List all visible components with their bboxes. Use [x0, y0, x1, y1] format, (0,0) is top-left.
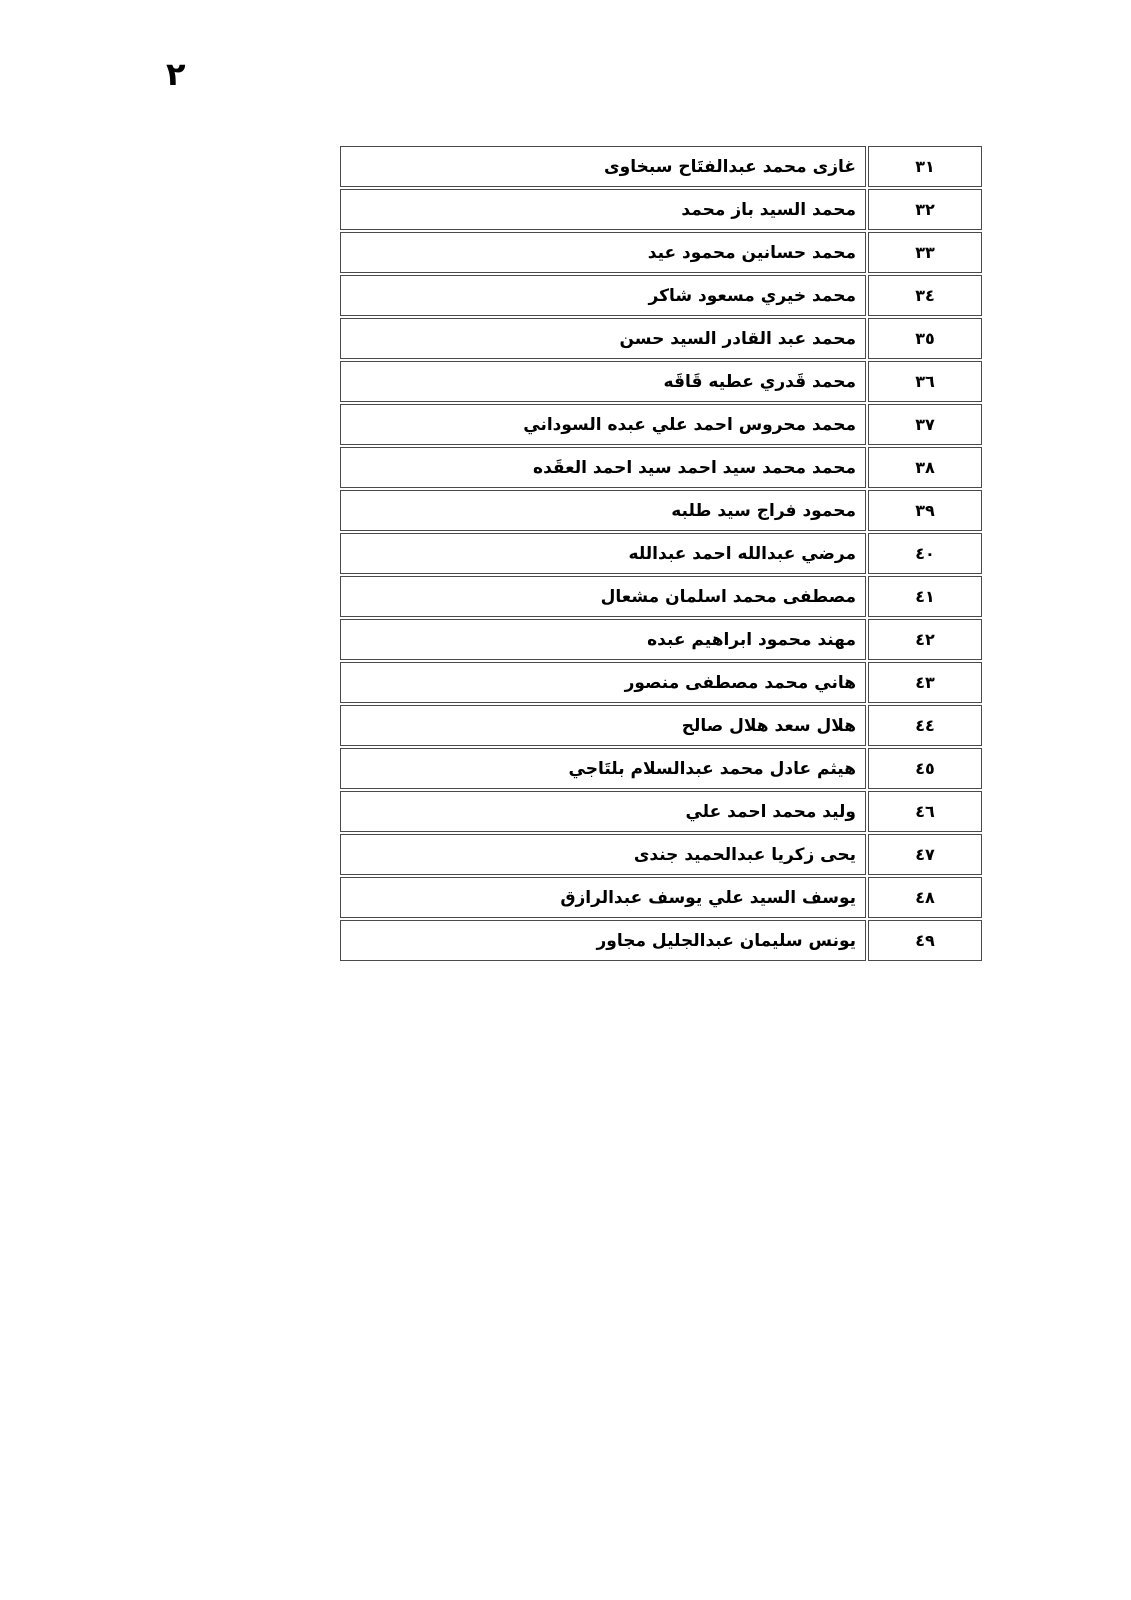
row-serial-number: ٤٧: [868, 834, 982, 875]
table-row: ٤٦ وليد محمد احمد علي: [340, 791, 982, 832]
table-row: ٣٩ محمود فراج سيد طلبه: [340, 490, 982, 531]
row-serial-number: ٣٢: [868, 189, 982, 230]
row-serial-number: ٤٦: [868, 791, 982, 832]
row-serial-number: ٤٤: [868, 705, 982, 746]
row-serial-number: ٤١: [868, 576, 982, 617]
row-full-name: يوسف السيد علي يوسف عبدالرازق: [340, 877, 866, 918]
table-row: ٣١ غازى محمد عبدالفتَاح سبخاوى: [340, 146, 982, 187]
row-serial-number: ٤٥: [868, 748, 982, 789]
row-full-name: محمد محروس احمد علي عبده السوداني: [340, 404, 866, 445]
row-full-name: مهند محمود ابراهيم عبده: [340, 619, 866, 660]
row-full-name: مصطفى محمد اسلمان مشعال: [340, 576, 866, 617]
row-full-name: مرضي عبدالله احمد عبدالله: [340, 533, 866, 574]
table-row: ٤١ مصطفى محمد اسلمان مشعال: [340, 576, 982, 617]
table-row: ٤٠ مرضي عبدالله احمد عبدالله: [340, 533, 982, 574]
row-full-name: محمد خيري مسعود شاكر: [340, 275, 866, 316]
table-row: ٤٧ يحى زكريا عبدالحميد جندى: [340, 834, 982, 875]
names-table-body: ٣١ غازى محمد عبدالفتَاح سبخاوى ٣٢ محمد ا…: [340, 146, 982, 961]
table-row: ٣٣ محمد حسانين محمود عيد: [340, 232, 982, 273]
row-serial-number: ٣٥: [868, 318, 982, 359]
table-row: ٣٥ محمد عبد القادر السيد حسن: [340, 318, 982, 359]
row-full-name: هلال سعد هلال صالح: [340, 705, 866, 746]
row-serial-number: ٣٧: [868, 404, 982, 445]
row-full-name: محمد محمد سيد احمد سيد احمد العقَده: [340, 447, 866, 488]
table-row: ٣٢ محمد السيد باز محمد: [340, 189, 982, 230]
row-serial-number: ٣٦: [868, 361, 982, 402]
row-full-name: هيثم عادل محمد عبدالسلام بلتَاجي: [340, 748, 866, 789]
table-row: ٤٢ مهند محمود ابراهيم عبده: [340, 619, 982, 660]
document-page: ٢ ٣١ غازى محمد عبدالفتَاح سبخاوى ٣٢ محمد…: [0, 0, 1131, 1600]
row-full-name: محمود فراج سيد طلبه: [340, 490, 866, 531]
table-row: ٣٧ محمد محروس احمد علي عبده السوداني: [340, 404, 982, 445]
row-full-name: محمد قَدري عطيه قَاقَه: [340, 361, 866, 402]
row-full-name: محمد حسانين محمود عيد: [340, 232, 866, 273]
table-row: ٤٩ يونس سليمان عبدالجليل مجاور: [340, 920, 982, 961]
row-full-name: يونس سليمان عبدالجليل مجاور: [340, 920, 866, 961]
row-serial-number: ٤٠: [868, 533, 982, 574]
row-full-name: محمد عبد القادر السيد حسن: [340, 318, 866, 359]
row-serial-number: ٣٨: [868, 447, 982, 488]
table-row: ٣٦ محمد قَدري عطيه قَاقَه: [340, 361, 982, 402]
row-serial-number: ٤٣: [868, 662, 982, 703]
row-serial-number: ٣٣: [868, 232, 982, 273]
row-full-name: يحى زكريا عبدالحميد جندى: [340, 834, 866, 875]
table-row: ٣٤ محمد خيري مسعود شاكر: [340, 275, 982, 316]
table-row: ٣٨ محمد محمد سيد احمد سيد احمد العقَده: [340, 447, 982, 488]
page-number: ٢: [166, 58, 186, 90]
row-full-name: محمد السيد باز محمد: [340, 189, 866, 230]
table-row: ٤٨ يوسف السيد علي يوسف عبدالرازق: [340, 877, 982, 918]
row-serial-number: ٤٢: [868, 619, 982, 660]
row-full-name: هاني محمد مصطفى منصور: [340, 662, 866, 703]
row-serial-number: ٣٩: [868, 490, 982, 531]
names-table: ٣١ غازى محمد عبدالفتَاح سبخاوى ٣٢ محمد ا…: [338, 144, 984, 963]
table-row: ٤٤ هلال سعد هلال صالح: [340, 705, 982, 746]
row-serial-number: ٣٤: [868, 275, 982, 316]
row-serial-number: ٤٨: [868, 877, 982, 918]
table-row: ٤٥ هيثم عادل محمد عبدالسلام بلتَاجي: [340, 748, 982, 789]
table-row: ٤٣ هاني محمد مصطفى منصور: [340, 662, 982, 703]
row-serial-number: ٣١: [868, 146, 982, 187]
row-serial-number: ٤٩: [868, 920, 982, 961]
row-full-name: وليد محمد احمد علي: [340, 791, 866, 832]
row-full-name: غازى محمد عبدالفتَاح سبخاوى: [340, 146, 866, 187]
